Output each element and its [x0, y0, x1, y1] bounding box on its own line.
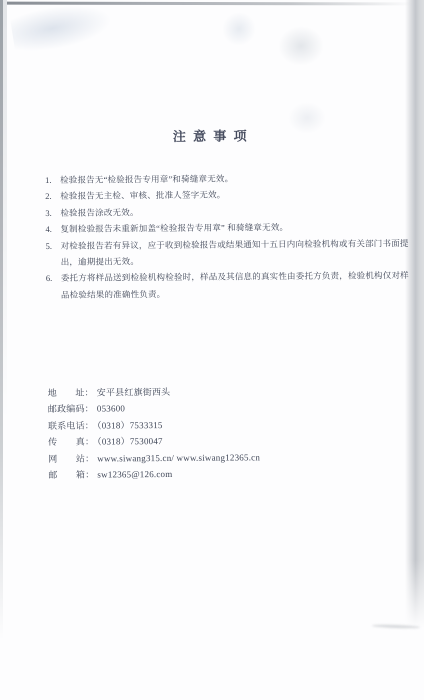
contact-label: 传 真： [48, 437, 94, 447]
contact-row-fax: 传 真：（0318）7530047 [48, 432, 260, 450]
notice-item-6: 6. 委托方将样品送到检验机构检验时，样品及其信息的真实性由委托方负责，检验机构… [46, 268, 398, 304]
contact-label: 联系电话： [48, 420, 94, 430]
contact-row-postcode: 邮政编码：053600 [48, 400, 260, 418]
notice-item-5: 5. 对检验报告若有异议，应于收到检验报告或结果通知十五日内向检验机构或有关部门… [46, 235, 398, 271]
notice-line: 品检验结果的准确性负责。 [61, 284, 409, 303]
contact-value: www.siwang315.cn/ www.siwang12365.cn [97, 452, 260, 463]
contact-row-website: 网 站：www.siwang315.cn/ www.siwang12365.cn [48, 449, 260, 467]
contact-row-email: 邮 箱：sw12365@126.com [48, 465, 260, 483]
contact-value: （0318）7530047 [97, 436, 163, 447]
contact-row-phone: 联系电话：（0318）7533315 [48, 416, 260, 434]
contact-label: 网 站： [48, 453, 94, 463]
contact-label: 邮 箱： [48, 470, 94, 480]
document-content: 注 意 事 项 1. 检验报告无“检验报告专用章”和骑缝章无效。 2. 检验报告… [0, 0, 424, 700]
notices-list: 1. 检验报告无“检验报告专用章”和骑缝章无效。 2. 检验报告无主检、审核、批… [45, 169, 398, 303]
contact-row-address: 地 址：安平县红旗街西头 [48, 383, 260, 401]
notice-text: 委托方将样品送到检验机构检验时，样品及其信息的真实性由委托方负责，检验机构仅对样… [61, 268, 409, 304]
scanned-notice-page: 注 意 事 项 1. 检验报告无“检验报告专用章”和骑缝章无效。 2. 检验报告… [0, 0, 424, 700]
page-title: 注 意 事 项 [0, 124, 423, 146]
contact-label: 邮政编码： [48, 404, 94, 414]
contact-value: （0318）7533315 [97, 420, 163, 431]
notice-number: 4. [45, 221, 60, 238]
contact-value: 安平县红旗街西头 [97, 387, 171, 398]
notice-number: 3. [45, 205, 60, 222]
notice-line: 对检验报告若有异议，应于收到检验报告或结果通知十五日内向检验机构或有关部门书面提 [61, 235, 409, 254]
contact-label: 地 址： [48, 388, 94, 398]
notice-number: 6. [46, 270, 61, 287]
contact-value: 053600 [97, 404, 125, 414]
contact-block: 地 址：安平县红旗街西头 邮政编码：053600 联系电话：（0318）7533… [48, 383, 261, 483]
notice-line: 委托方将样品送到检验机构检验时，样品及其信息的真实性由委托方负责，检验机构仅对样 [61, 268, 409, 287]
notice-text: 对检验报告若有异议，应于收到检验报告或结果通知十五日内向检验机构或有关部门书面提… [61, 235, 409, 271]
notice-number: 1. [45, 172, 60, 189]
notice-number: 2. [45, 188, 60, 205]
notice-number: 5. [46, 237, 61, 254]
contact-value: sw12365@126.com [97, 469, 172, 480]
